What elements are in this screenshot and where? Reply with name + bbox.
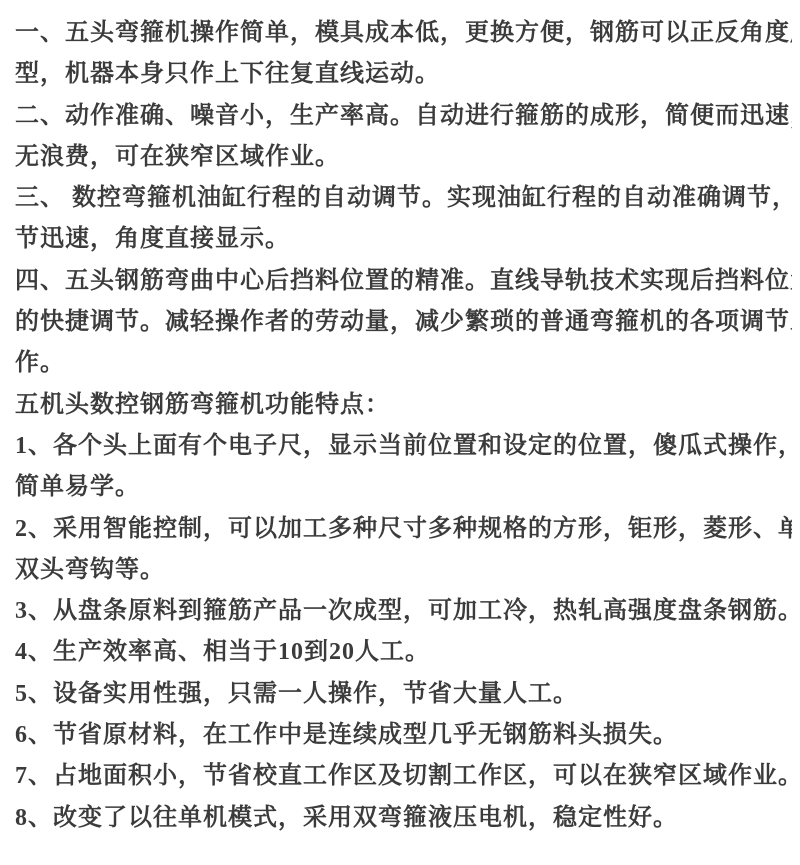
text-line: 型，机器本身只作上下往复直线运动。: [15, 54, 792, 95]
text-line: 四、五头钢筋弯曲中心后挡料位置的精准。直线导轨技术实现后挡料位置: [15, 261, 792, 302]
paragraph-feature-2: 2、采用智能控制，可以加工多种尺寸多种规格的方形，钜形，菱形、单双头弯钩等。: [15, 509, 792, 592]
text-line: 二、动作准确、噪音小，生产率高。自动进行箍筋的成形，简便而迅速，: [15, 96, 792, 137]
paragraph-feature-8: 8、改变了以往单机模式，采用双弯箍液压电机，稳定性好。: [15, 798, 792, 839]
text-line: 双头弯钩等。: [15, 550, 792, 591]
text-line: 6、节省原材料，在工作中是连续成型几乎无钢筋料头损失。: [15, 715, 792, 756]
paragraph-advantage-2: 二、动作准确、噪音小，生产率高。自动进行箍筋的成形，简便而迅速，无浪费，可在狭窄…: [15, 96, 792, 179]
text-line: 的快捷调节。减轻操作者的劳动量，减少繁琐的普通弯箍机的各项调节工: [15, 302, 792, 343]
paragraph-advantage-1: 一、五头弯箍机操作简单，模具成本低，更换方便，钢筋可以正反角度成型，机器本身只作…: [15, 13, 792, 96]
text-line: 4、生产效率高、相当于10到20人工。: [15, 632, 792, 673]
document-body: 一、五头弯箍机操作简单，模具成本低，更换方便，钢筋可以正反角度成型，机器本身只作…: [0, 0, 800, 865]
text-line: 五机头数控钢筋弯箍机功能特点：: [15, 385, 792, 426]
paragraph-feature-4: 4、生产效率高、相当于10到20人工。: [15, 632, 792, 673]
text-line: 三、 数控弯箍机油缸行程的自动调节。实现油缸行程的自动准确调节，调: [15, 178, 792, 219]
text-line: 一、五头弯箍机操作简单，模具成本低，更换方便，钢筋可以正反角度成: [15, 13, 792, 54]
paragraph-feature-7: 7、占地面积小，节省校直工作区及切割工作区，可以在狭窄区域作业。: [15, 756, 792, 797]
paragraph-features-heading: 五机头数控钢筋弯箍机功能特点：: [15, 385, 792, 426]
paragraph-feature-5: 5、设备实用性强，只需一人操作，节省大量人工。: [15, 674, 792, 715]
text-line: 无浪费，可在狭窄区域作业。: [15, 137, 792, 178]
text-line: 7、占地面积小，节省校直工作区及切割工作区，可以在狭窄区域作业。: [15, 756, 792, 797]
text-line: 3、从盘条原料到箍筋产品一次成型，可加工冷，热轧高强度盘条钢筋。: [15, 591, 792, 632]
text-line: 节迅速，角度直接显示。: [15, 219, 792, 260]
paragraph-feature-1: 1、各个头上面有个电子尺，显示当前位置和设定的位置，傻瓜式操作，简单易学。: [15, 426, 792, 509]
paragraph-advantage-4: 四、五头钢筋弯曲中心后挡料位置的精准。直线导轨技术实现后挡料位置的快捷调节。减轻…: [15, 261, 792, 385]
text-line: 作。: [15, 343, 792, 384]
text-line: 5、设备实用性强，只需一人操作，节省大量人工。: [15, 674, 792, 715]
text-line: 8、改变了以往单机模式，采用双弯箍液压电机，稳定性好。: [15, 798, 792, 839]
text-line: 1、各个头上面有个电子尺，显示当前位置和设定的位置，傻瓜式操作，: [15, 426, 792, 467]
paragraph-advantage-3: 三、 数控弯箍机油缸行程的自动调节。实现油缸行程的自动准确调节，调节迅速，角度直…: [15, 178, 792, 261]
paragraph-feature-6: 6、节省原材料，在工作中是连续成型几乎无钢筋料头损失。: [15, 715, 792, 756]
text-line: 2、采用智能控制，可以加工多种尺寸多种规格的方形，钜形，菱形、单: [15, 509, 792, 550]
text-line: 简单易学。: [15, 467, 792, 508]
paragraph-feature-3: 3、从盘条原料到箍筋产品一次成型，可加工冷，热轧高强度盘条钢筋。: [15, 591, 792, 632]
